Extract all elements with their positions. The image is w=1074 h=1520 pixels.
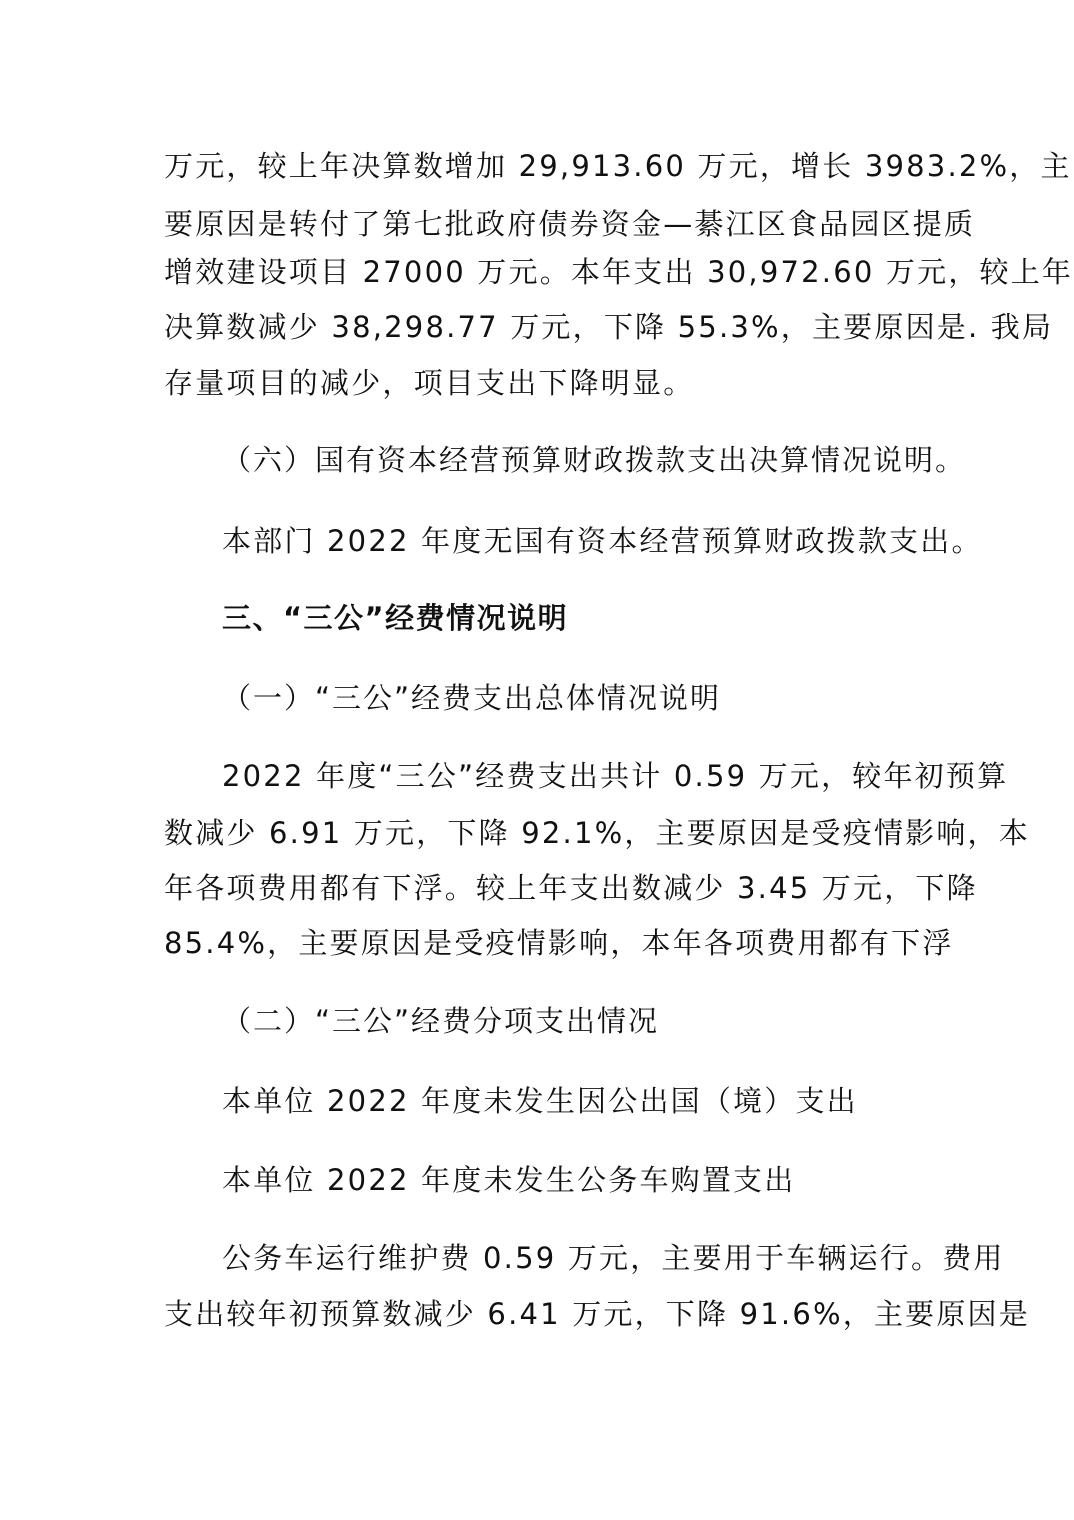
section-6-heading: （六）国有资本经营预算财政拨款支出决算情况说明。	[222, 442, 966, 478]
paragraph-line: 85.4%，主要原因是受疫情影响，本年各项费用都有下浮	[164, 925, 954, 961]
document-page: 万元，较上年决算数增加 29,913.60 万元，增长 3983.2%，主 要原…	[0, 0, 1074, 1520]
paragraph-line: 增效建设项目 27000 万元。本年支出 30,972.60 万元，较上年	[164, 254, 1073, 290]
paragraph-line: 决算数减少 38,298.77 万元，下降 55.3%，主要原因是. 我局	[164, 309, 1053, 345]
paragraph-line: 公务车运行维护费 0.59 万元，主要用于车辆运行。费用	[222, 1240, 1005, 1276]
sub-2-item: 本单位 2022 年度未发生因公出国（境）支出	[222, 1083, 858, 1119]
section-3-heading: 三、“三公”经费情况说明	[222, 600, 568, 636]
paragraph-line: 支出较年初预算数减少 6.41 万元，下降 91.6%，主要原因是	[164, 1296, 1030, 1332]
paragraph-line: 年各项费用都有下浮。较上年支出数减少 3.45 万元，下降	[164, 870, 978, 906]
sub-2-heading: （二）“三公”经费分项支出情况	[222, 1003, 659, 1039]
sub-1-heading: （一）“三公”经费支出总体情况说明	[222, 680, 721, 716]
paragraph-line: 万元，较上年决算数增加 29,913.60 万元，增长 3983.2%，主	[164, 148, 1072, 184]
sub-2-item: 本单位 2022 年度未发生公务车购置支出	[222, 1162, 795, 1198]
section-6-body: 本部门 2022 年度无国有资本经营预算财政拨款支出。	[222, 523, 983, 559]
paragraph-line: 存量项目的减少，项目支出下降明显。	[164, 365, 694, 401]
paragraph-line: 2022 年度“三公”经费支出共计 0.59 万元，较年初预算	[222, 758, 1008, 794]
paragraph-line: 要原因是转付了第七批政府债券资金—綦江区食品园区提质	[164, 206, 975, 242]
paragraph-line: 数减少 6.91 万元，下降 92.1%，主要原因是受疫情影响，本	[164, 815, 1030, 851]
